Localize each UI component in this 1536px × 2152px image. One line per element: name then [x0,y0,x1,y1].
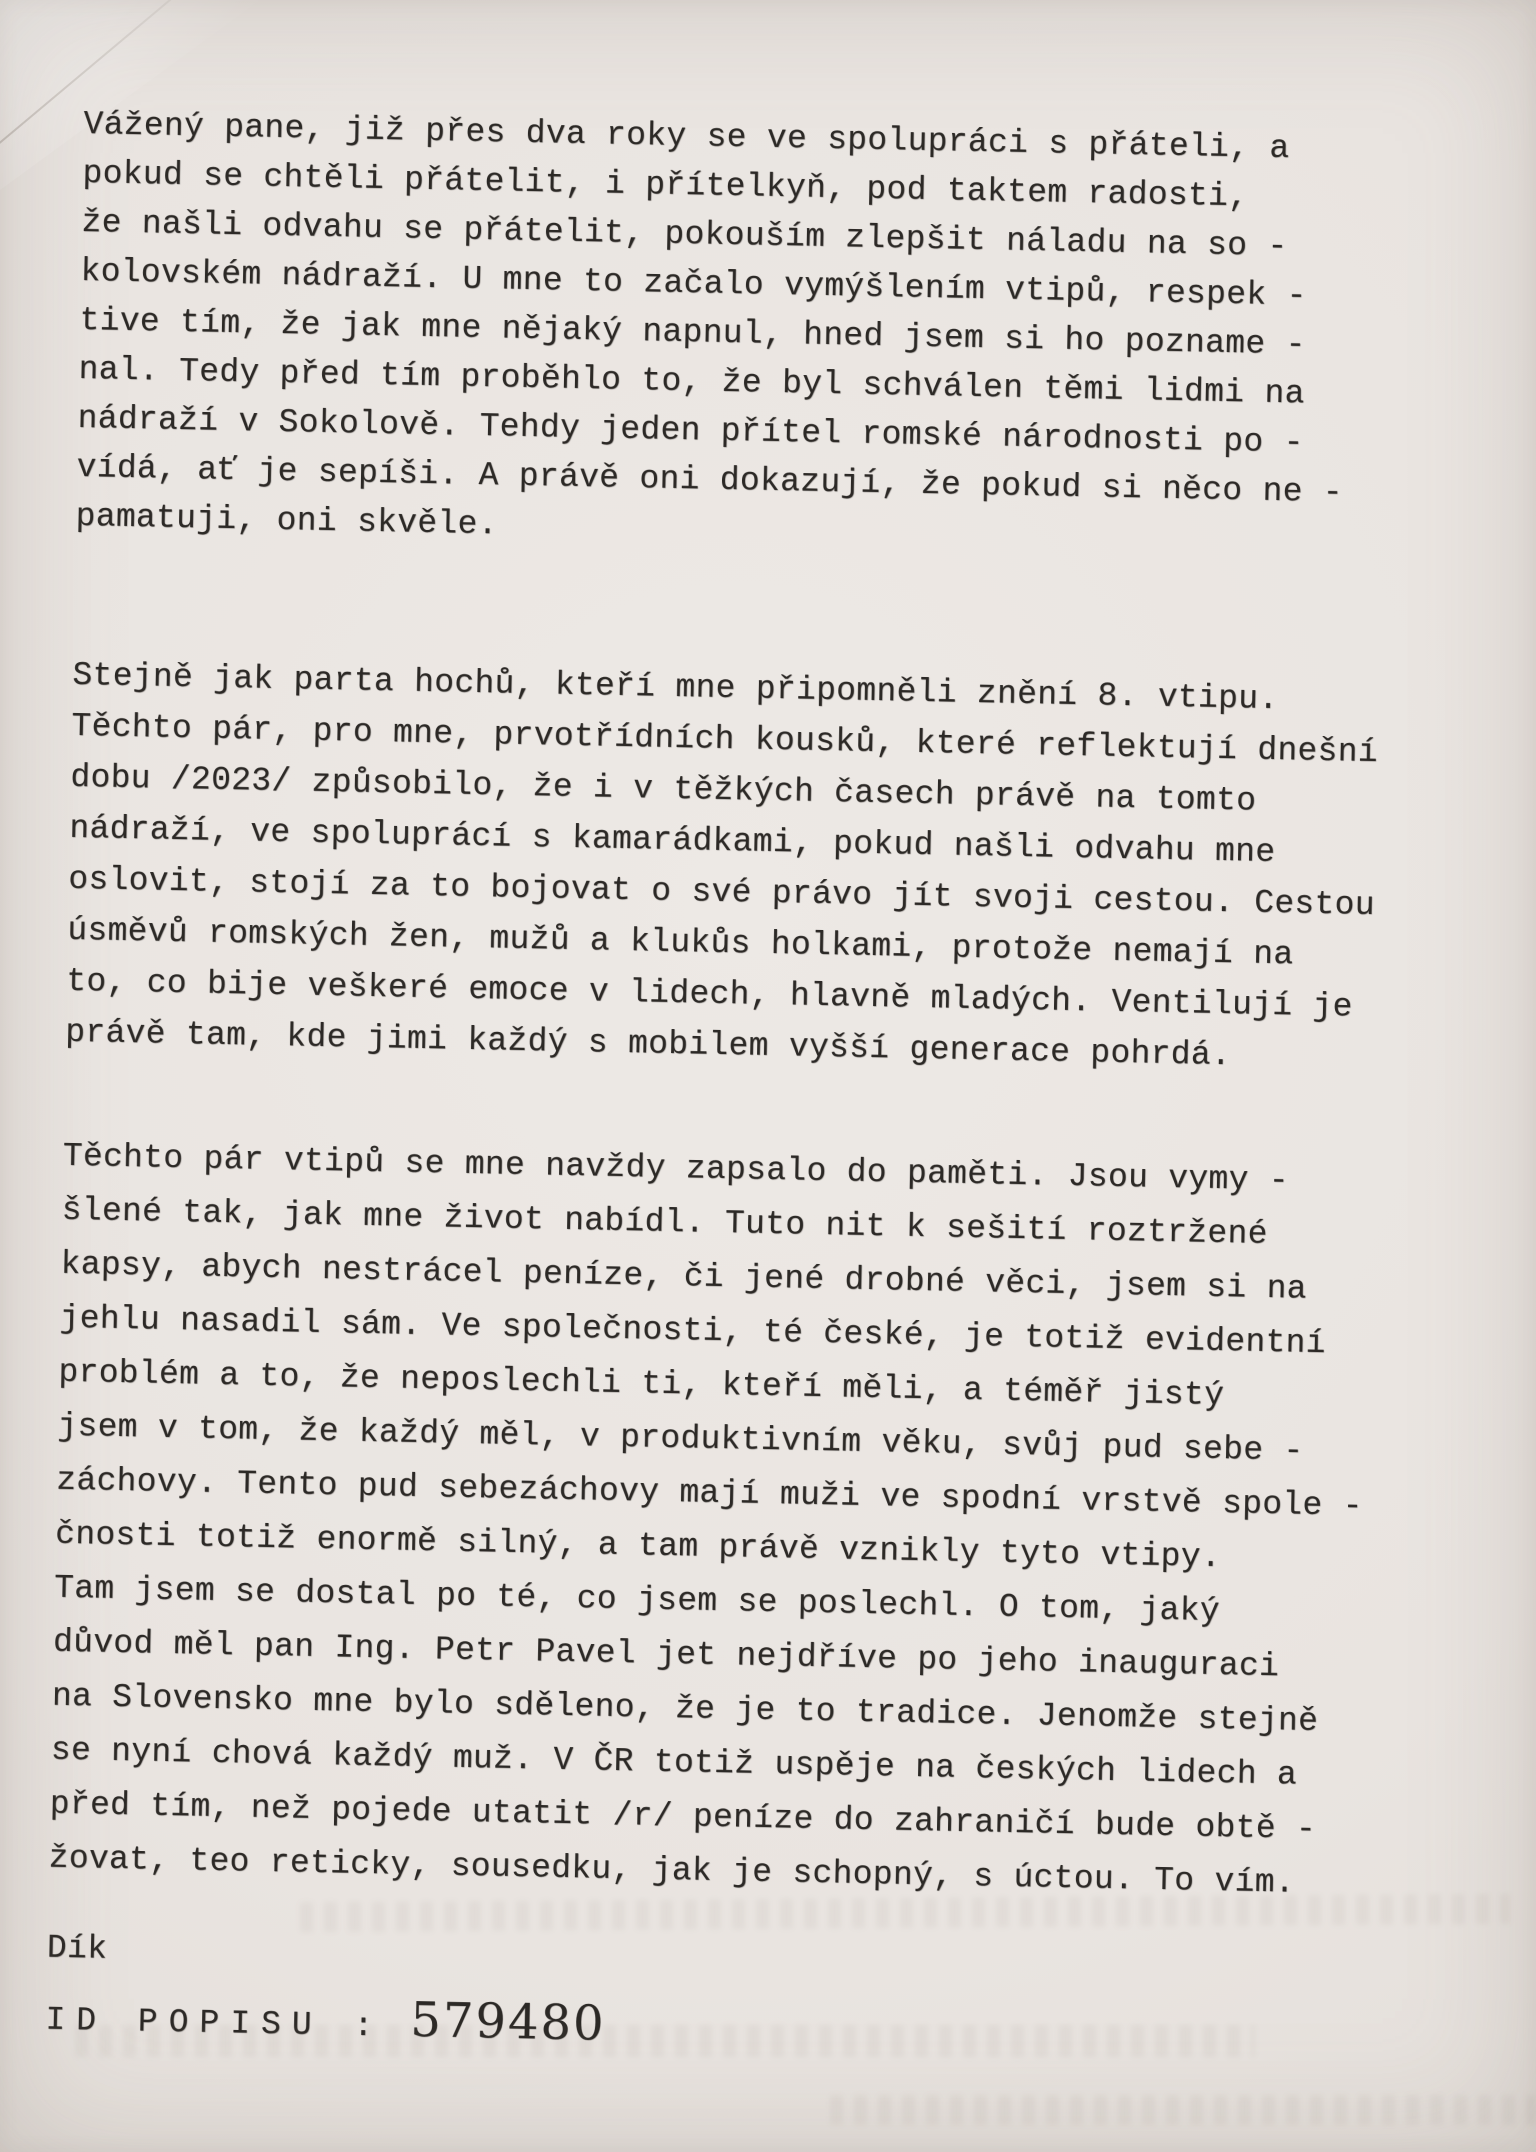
paragraph-3: Těchto pár vtipů se mne navždy zapsalo d… [48,1130,1463,1914]
paragraph-2: Stejně jak parta hochů, kteří mne připom… [65,650,1473,1086]
letter-text-block: Vážený pane, již přes dva roky se ve spo… [45,100,1484,2076]
document-photo: Vážený pane, již přes dva roky se ve spo… [0,0,1536,2152]
bleed-through-text [830,2095,1536,2125]
id-label: ID POPISU : [45,1994,385,2055]
paragraph-1: Vážený pane, již přes dva roky se ve spo… [75,100,1484,569]
id-value: 579480 [410,1993,606,2051]
